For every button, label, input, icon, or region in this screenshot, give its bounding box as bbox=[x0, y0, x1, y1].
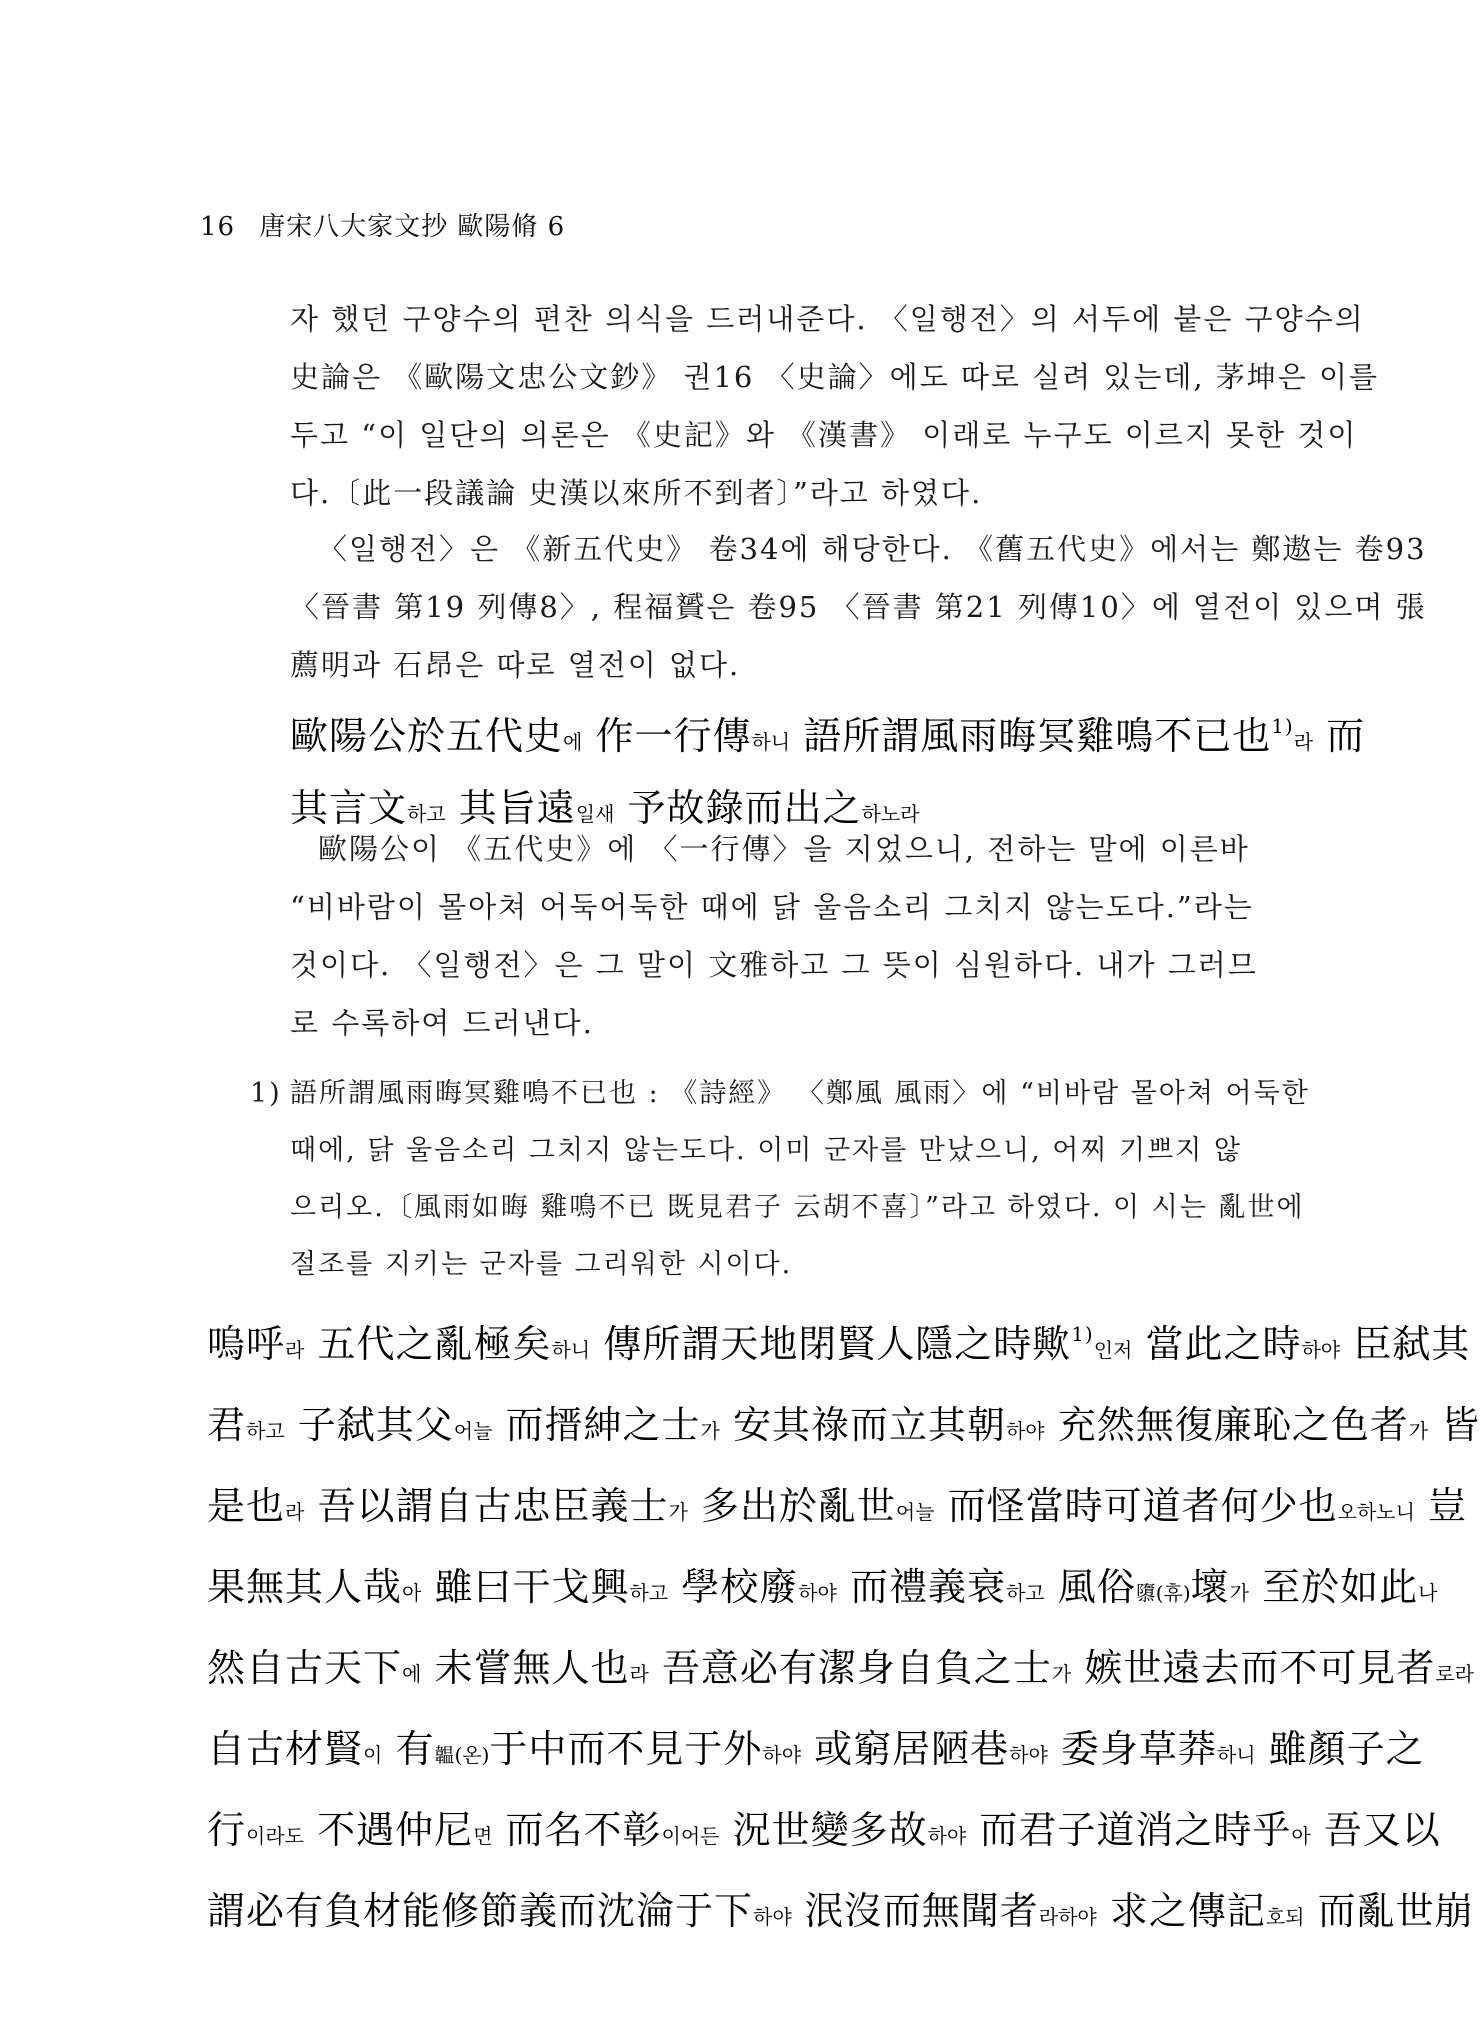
reading-gloss: 隳(휴) bbox=[1136, 1581, 1191, 1605]
hanmun-phrase: 謂必有負材能修節義而沈淪于下 bbox=[207, 1889, 753, 1933]
original-line: 行이라도 不遇仲尼면 而名不彰이어든 況世變多故하야 而君子道消之時乎아 吾又以 bbox=[207, 1793, 1480, 1874]
hanmun-phrase: 雖曰干戈興 bbox=[434, 1565, 629, 1609]
hanmun-phrase: 而搢紳之士 bbox=[506, 1403, 701, 1447]
original-line: 然自古天下에 未嘗無人也라 吾意必有潔身自負之士가 嫉世遠去而不可見者로라 bbox=[207, 1631, 1480, 1712]
commentary-paragraph-1: 자 했던 구양수의 편찬 의식을 드러내준다. 〈일행전〉의 서두에 붙은 구양… bbox=[290, 290, 1379, 522]
text-line: 으리오.〔風雨如晦 雞鳴不已 既見君子 云胡不喜〕”라고 하였다. 이 시는 亂… bbox=[250, 1179, 1310, 1236]
korean-particle: 라 bbox=[285, 1500, 304, 1524]
korean-particle: 이어든 bbox=[662, 1824, 720, 1848]
korean-particle: 인저 bbox=[1094, 1338, 1133, 1362]
hanmun-phrase: 五代之亂極矣 bbox=[317, 1322, 551, 1366]
korean-particle: 면 bbox=[473, 1824, 492, 1848]
hanmun-phrase: 而亂世崩 bbox=[1318, 1889, 1474, 1933]
hanmun-phrase: 行 bbox=[207, 1808, 246, 1852]
text-line: 〈일행전〉은 《新五代史》 卷34에 해당한다. 《舊五代史》에서는 鄭遨는 卷… bbox=[290, 520, 1427, 578]
hanmun-phrase: 風俗 bbox=[1058, 1565, 1136, 1609]
korean-particle: 오하노니 bbox=[1338, 1500, 1415, 1524]
hanmun-phrase: 而怪當時可道者何少也 bbox=[948, 1484, 1338, 1528]
hanmun-phrase: 作一行傳 bbox=[595, 714, 751, 758]
hanmun-phrase: 吾意必有潔身自負之士 bbox=[662, 1646, 1052, 1690]
commentary-paragraph-2: 〈일행전〉은 《新五代史》 卷34에 해당한다. 《舊五代史》에서는 鄭遨는 卷… bbox=[290, 520, 1427, 694]
korean-particle: 가 bbox=[1230, 1581, 1249, 1605]
korean-particle: 가 bbox=[1052, 1662, 1071, 1686]
hanmun-phrase: 君 bbox=[207, 1403, 246, 1447]
korean-particle: 아 bbox=[402, 1581, 421, 1605]
korean-particle: 로라 bbox=[1435, 1662, 1474, 1686]
korean-particle: 하야 bbox=[753, 1905, 792, 1929]
hanmun-phrase: 而君子道消之時乎 bbox=[979, 1808, 1291, 1852]
original-line: 果無其人哉아 雖曰干戈興하고 學校廢하야 而禮義衰하고 風俗隳(휴)壞가 至於如… bbox=[207, 1550, 1480, 1631]
text-line: 것이다. 〈일행전〉은 그 말이 文雅하고 그 뜻이 심원하다. 내가 그러므 bbox=[290, 936, 1258, 994]
korean-particle: 나 bbox=[1418, 1581, 1437, 1605]
korean-particle: 에 bbox=[402, 1662, 421, 1686]
footnote-number: 1) bbox=[250, 1065, 290, 1122]
hanmun-phrase: 有 bbox=[395, 1727, 434, 1771]
text-line: 두고 “이 일단의 의론은 《史記》와 《漢書》 이래로 누구도 이르지 못한 … bbox=[290, 406, 1379, 464]
text-line: “비바람이 몰아쳐 어둑어둑한 때에 닭 울음소리 그치지 않는도다.”라는 bbox=[290, 878, 1258, 936]
hanmun-phrase: 泯沒而無聞者 bbox=[805, 1889, 1039, 1933]
hanmun-phrase: 雖顏子之 bbox=[1269, 1727, 1425, 1771]
hanmun-phrase: 而 bbox=[1326, 714, 1365, 758]
hanmun-phrase: 豈 bbox=[1428, 1484, 1467, 1528]
hanmun-phrase: 子弑其父 bbox=[298, 1403, 454, 1447]
hanmun-phrase: 自古材賢 bbox=[207, 1727, 363, 1771]
text-line: 자 했던 구양수의 편찬 의식을 드러내준다. 〈일행전〉의 서두에 붙은 구양… bbox=[290, 290, 1379, 348]
text-line: 로 수록하여 드러낸다. bbox=[290, 994, 1258, 1052]
hanmun-phrase: 況世變多故 bbox=[733, 1808, 928, 1852]
korean-particle: 하야 bbox=[1006, 1419, 1045, 1443]
text-line: 1)語所謂風雨晦冥雞鳴不已也 : 《詩經》 〈鄭風 風雨〉에 “비바람 몰아쳐 … bbox=[250, 1065, 1310, 1122]
hanmun-phrase: 未嘗無人也 bbox=[434, 1646, 629, 1690]
footnote-marker[interactable]: 1) bbox=[1271, 714, 1294, 738]
hanmun-phrase: 臣弑其 bbox=[1353, 1322, 1470, 1366]
hanmun-phrase: 學校廢 bbox=[681, 1565, 798, 1609]
korean-particle: 하야 bbox=[928, 1824, 967, 1848]
hanmun-phrase: 而名不彰 bbox=[506, 1808, 662, 1852]
korean-particle: 하니 bbox=[551, 1338, 590, 1362]
hanmun-phrase: 嫉世遠去而不可見者 bbox=[1084, 1646, 1435, 1690]
hanmun-phrase: 歐陽公於五代史 bbox=[290, 714, 563, 758]
hanmun-phrase: 語所謂風雨晦冥雞鳴不已也 bbox=[803, 714, 1271, 758]
korean-particle: 어늘 bbox=[896, 1500, 935, 1524]
hanmun-phrase: 求之傳記 bbox=[1110, 1889, 1266, 1933]
footnote-1: 1)語所謂風雨晦冥雞鳴不已也 : 《詩經》 〈鄭風 風雨〉에 “비바람 몰아쳐 … bbox=[250, 1065, 1310, 1293]
korean-particle: 하고 bbox=[1006, 1581, 1045, 1605]
reading-gloss: 韞(온) bbox=[434, 1743, 489, 1767]
hanmun-phrase: 或窮居陋巷 bbox=[814, 1727, 1009, 1771]
text-line: 薦明과 石昂은 따로 열전이 없다. bbox=[290, 636, 1427, 694]
hanmun-phrase: 至於如此 bbox=[1262, 1565, 1418, 1609]
korean-particle: 하야 bbox=[798, 1581, 837, 1605]
korean-particle: 하야 bbox=[1301, 1338, 1340, 1362]
hanmun-phrase: 充然無復廉恥之色者 bbox=[1058, 1403, 1409, 1447]
text-line: 歐陽公이 《五代史》에 〈一行傳〉을 지었으니, 전하는 말에 이른바 bbox=[290, 820, 1258, 878]
hanmun-phrase: 嗚呼 bbox=[207, 1322, 285, 1366]
original-line: 是也라 吾以謂自古忠臣義士가 多出於亂世어늘 而怪當時可道者何少也오하노니 豈 bbox=[207, 1469, 1480, 1550]
korean-particle: 하니 bbox=[1217, 1743, 1256, 1767]
korean-particle: 하고 bbox=[246, 1419, 285, 1443]
hanmun-phrase: 吾又以 bbox=[1324, 1808, 1441, 1852]
original-passage-2: 嗚呼라 五代之亂極矣하니 傳所謂天地閉賢人隱之時歟1)인저 當此之時하야 臣弑其… bbox=[207, 1307, 1480, 1955]
hanmun-phrase: 而禮義衰 bbox=[850, 1565, 1006, 1609]
korean-particle: 가 bbox=[701, 1419, 720, 1443]
korean-particle: 라 bbox=[629, 1662, 648, 1686]
original-line: 謂必有負材能修節義而沈淪于下하야 泯沒而無聞者라하야 求之傳記호되 而亂世崩 bbox=[207, 1874, 1480, 1955]
korean-particle: 라 bbox=[1294, 730, 1313, 754]
translation-1: 歐陽公이 《五代史》에 〈一行傳〉을 지었으니, 전하는 말에 이른바 “비바람… bbox=[290, 820, 1258, 1052]
korean-particle: 하고 bbox=[629, 1581, 668, 1605]
original-line: 自古材賢이 有韞(온)于中而不見于外하야 或窮居陋巷하야 委身草莽하니 雖顏子之 bbox=[207, 1712, 1480, 1793]
hanmun-phrase: 是也 bbox=[207, 1484, 285, 1528]
original-line: 嗚呼라 五代之亂極矣하니 傳所謂天地閉賢人隱之時歟1)인저 當此之時하야 臣弑其 bbox=[207, 1307, 1480, 1388]
korean-particle: 라 bbox=[285, 1338, 304, 1362]
korean-particle: 하야 bbox=[1009, 1743, 1048, 1767]
korean-particle: 하야 bbox=[762, 1743, 801, 1767]
hanmun-phrase: 不遇仲尼 bbox=[317, 1808, 473, 1852]
hanmun-phrase: 壞 bbox=[1191, 1565, 1230, 1609]
korean-particle: 아 bbox=[1291, 1824, 1310, 1848]
korean-particle: 호되 bbox=[1266, 1905, 1305, 1929]
hanmun-phrase: 安其祿而立其朝 bbox=[733, 1403, 1006, 1447]
original-line: 君하고 子弑其父어늘 而搢紳之士가 安其祿而立其朝하야 充然無復廉恥之色者가 皆 bbox=[207, 1388, 1480, 1469]
korean-particle: 가 bbox=[1409, 1419, 1428, 1443]
korean-particle: 가 bbox=[668, 1500, 687, 1524]
hanmun-phrase: 傳所謂天地閉賢人隱之時歟 bbox=[603, 1322, 1071, 1366]
korean-particle: 하니 bbox=[751, 730, 790, 754]
hanmun-phrase: 皆 bbox=[1441, 1403, 1480, 1447]
hanmun-phrase: 當此之時 bbox=[1145, 1322, 1301, 1366]
text-line: 절조를 지키는 군자를 그리워한 시이다. bbox=[250, 1236, 1310, 1293]
text-line: 때에, 닭 울음소리 그치지 않는도다. 이미 군자를 만났으니, 어찌 기쁘지… bbox=[250, 1122, 1310, 1179]
footnote-text: 語所謂風雨晦冥雞鳴不已也 : 《詩經》 〈鄭風 風雨〉에 “비바람 몰아쳐 어둑… bbox=[290, 1078, 1310, 1109]
hanmun-phrase: 果無其人哉 bbox=[207, 1565, 402, 1609]
hanmun-phrase: 于中而不見于外 bbox=[489, 1727, 762, 1771]
hanmun-phrase: 委身草莽 bbox=[1061, 1727, 1217, 1771]
korean-particle: 라하야 bbox=[1039, 1905, 1097, 1929]
text-line: 다.〔此一段議論 史漢以來所不到者〕”라고 하였다. bbox=[290, 464, 1379, 522]
korean-particle: 어늘 bbox=[454, 1419, 493, 1443]
hanmun-phrase: 多出於亂世 bbox=[701, 1484, 896, 1528]
original-line: 歐陽公於五代史에 作一行傳하니 語所謂風雨晦冥雞鳴不已也1)라 而 bbox=[290, 703, 1365, 775]
korean-particle: 이라도 bbox=[246, 1824, 304, 1848]
hanmun-phrase: 吾以謂自古忠臣義士 bbox=[317, 1484, 668, 1528]
running-title: 唐宋八大家文抄 歐陽脩 6 bbox=[259, 212, 565, 242]
korean-particle: 에 bbox=[563, 730, 582, 754]
text-line: 史論은 《歐陽文忠公文鈔》 권16 〈史論〉에도 따로 실려 있는데, 茅坤은 … bbox=[290, 348, 1379, 406]
korean-particle: 이 bbox=[363, 1743, 382, 1767]
running-header: 16唐宋八大家文抄 歐陽脩 6 bbox=[200, 206, 565, 243]
page-number: 16 bbox=[200, 212, 235, 242]
hanmun-phrase: 然自古天下 bbox=[207, 1646, 402, 1690]
text-line: 〈晉書 第19 列傳8〉, 程福贇은 卷95 〈晉書 第21 列傳10〉에 열전… bbox=[290, 578, 1427, 636]
footnote-marker[interactable]: 1) bbox=[1071, 1322, 1094, 1346]
